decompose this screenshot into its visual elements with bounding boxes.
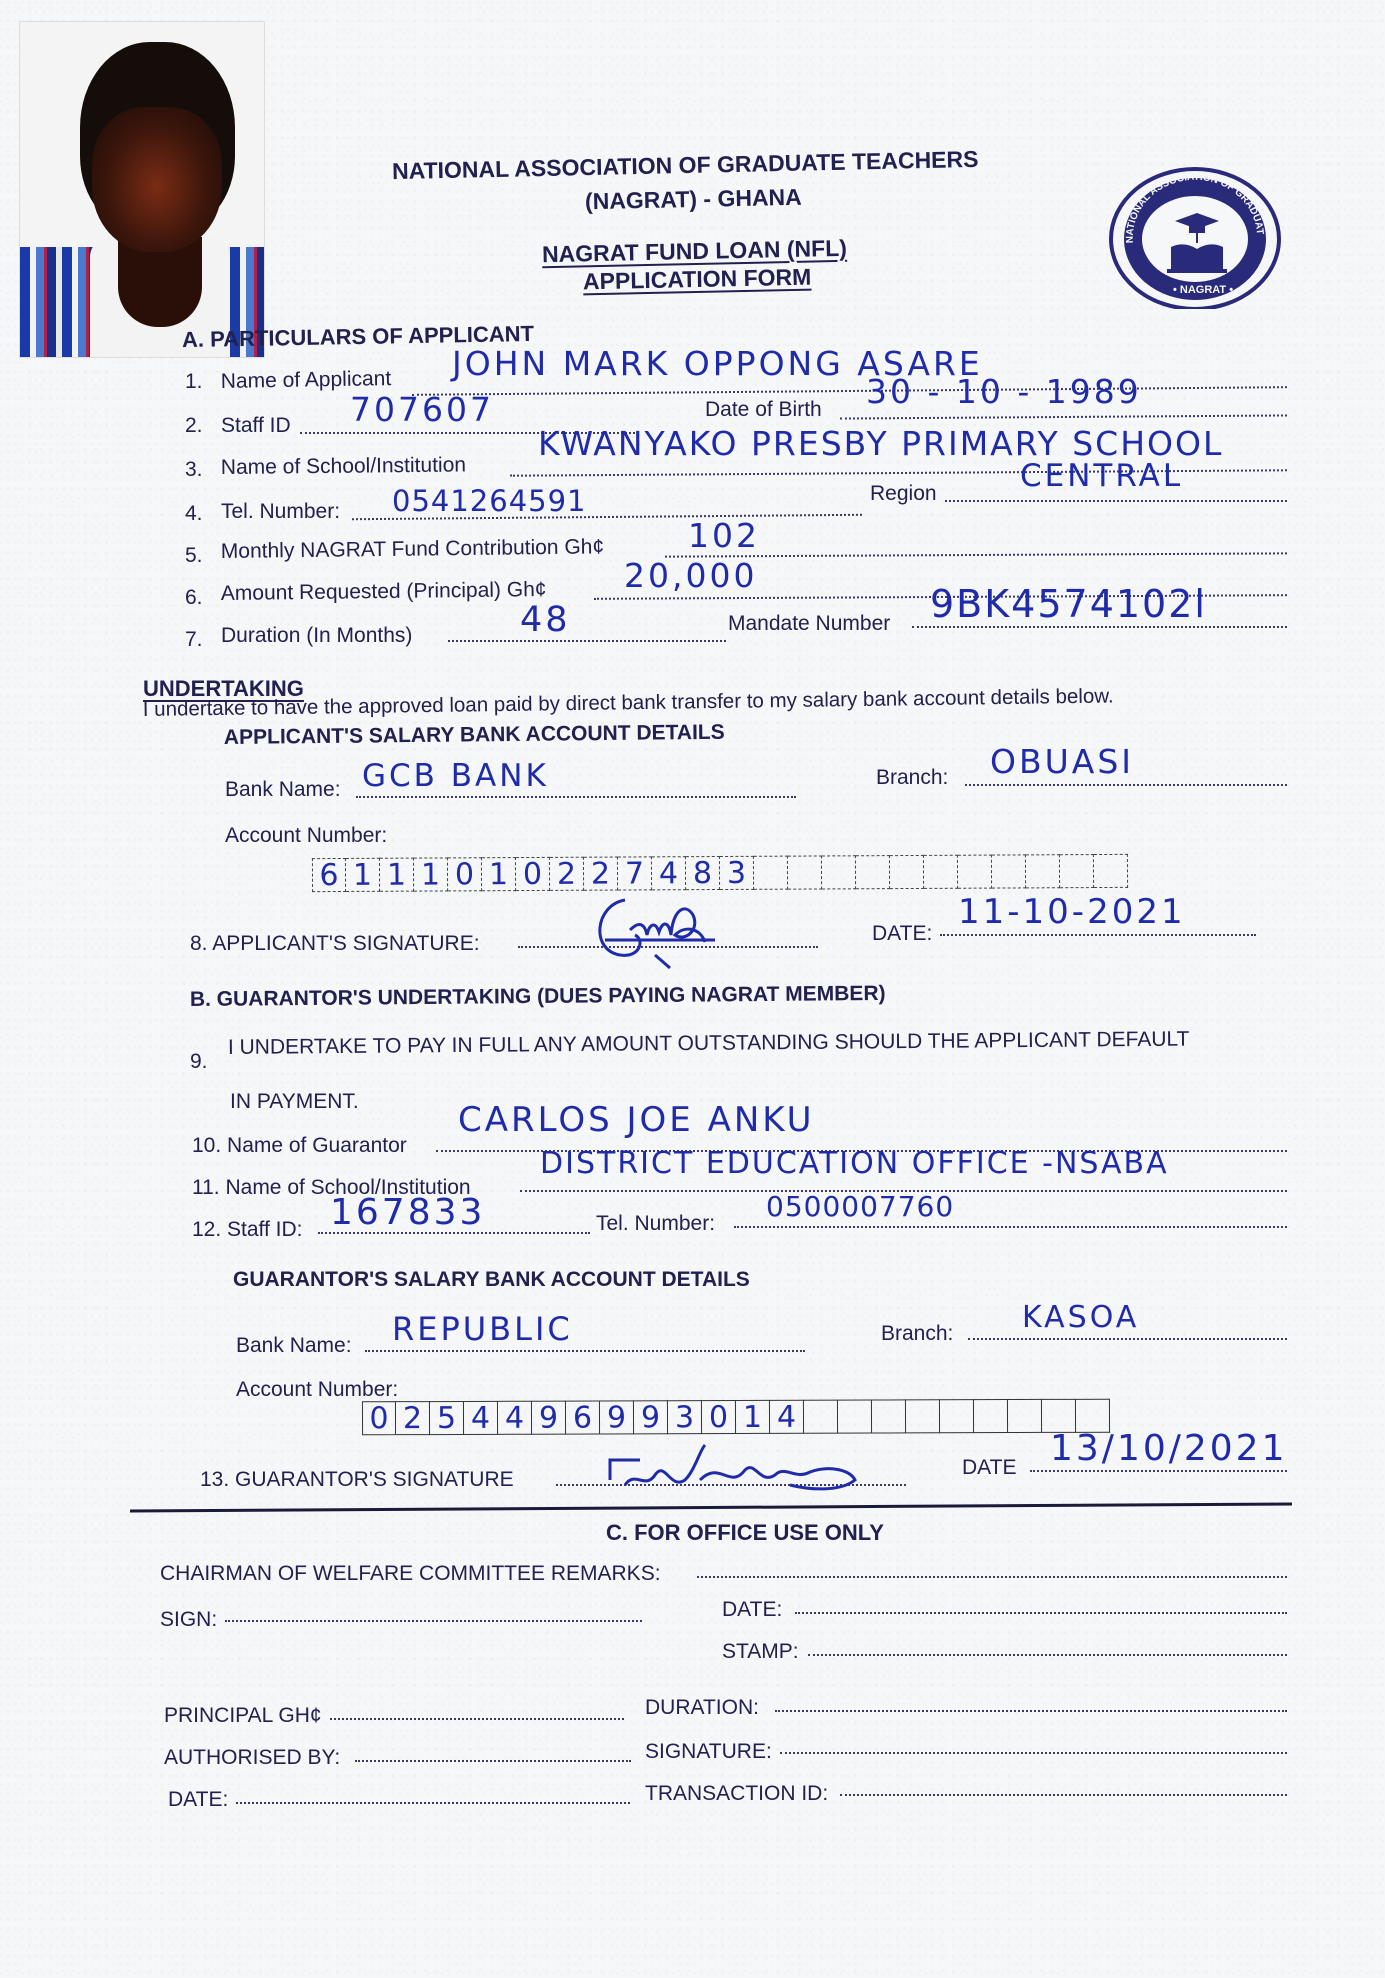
guarantor-signature[interactable] <box>600 1440 870 1495</box>
applicant-account-digit: 6 <box>313 858 345 893</box>
applicant-date-line <box>940 934 1256 936</box>
applicant-account-label: Account Number: <box>225 824 387 848</box>
org-name: NATIONAL ASSOCIATION OF GRADUATE TEACHER… <box>392 146 979 185</box>
applicant-branch-field[interactable]: OBUASI <box>990 742 1134 781</box>
school-label: Name of School/Institution <box>221 453 466 480</box>
guarantor-account-digit-box[interactable]: 0 <box>362 1401 396 1435</box>
duration-field[interactable]: 48 <box>520 600 571 640</box>
applicant-bank-title: APPLICANT'S SALARY BANK ACCOUNT DETAILS <box>224 721 725 750</box>
guarantor-statement-line-1: I UNDERTAKE TO PAY IN FULL ANY AMOUNT OU… <box>228 1028 1190 1060</box>
dob-line <box>840 414 1287 419</box>
office-signature-label: SIGNATURE: <box>645 1740 772 1764</box>
office-date-label: DATE: <box>722 1598 782 1622</box>
section-divider <box>130 1502 1292 1512</box>
office-date2-label: DATE: <box>168 1788 228 1812</box>
guarantor-account-digit: 5 <box>430 1401 463 1436</box>
guarantor-account-digit: 4 <box>770 1400 803 1435</box>
guarantor-branch-label: Branch: <box>881 1322 953 1346</box>
mandate-field[interactable]: 9BK4574102l <box>930 582 1207 626</box>
guarantor-account-digit: 4 <box>498 1401 531 1436</box>
tel-field[interactable]: 0541264591 <box>392 484 587 518</box>
office-duration-label: DURATION: <box>645 1696 759 1720</box>
dob-label: Date of Birth <box>705 398 822 422</box>
applicant-photo <box>20 22 264 357</box>
applicant-account-digit-box[interactable] <box>992 854 1026 888</box>
applicant-branch-line <box>965 784 1287 786</box>
applicant-name-line <box>412 386 1287 396</box>
applicant-account-digit: 1 <box>414 857 447 892</box>
applicant-account-digit: 2 <box>550 857 583 892</box>
field-num-6: 6. <box>185 586 203 610</box>
guarantor-staff-label: 12. Staff ID: <box>192 1218 303 1242</box>
amount-field[interactable]: 20,000 <box>624 556 757 595</box>
region-line <box>945 500 1287 502</box>
dob-field[interactable]: 30 - 10 - 1989 <box>866 372 1142 411</box>
applicant-signature-label: 8. APPLICANT'S SIGNATURE: <box>190 932 480 956</box>
guarantor-account-label: Account Number: <box>236 1378 398 1402</box>
applicant-account-digit-box[interactable]: 0 <box>448 857 482 891</box>
applicant-account-digit: 0 <box>448 857 481 892</box>
guarantor-account-digit: 9 <box>532 1401 565 1436</box>
guarantor-account-digit-box[interactable]: 5 <box>430 1401 464 1435</box>
principal-label: PRINCIPAL GH¢ <box>164 1704 322 1728</box>
remarks-field[interactable] <box>697 1576 1287 1578</box>
applicant-account-digit: 0 <box>516 857 549 892</box>
sign-field[interactable] <box>225 1620 642 1622</box>
field-num-1: 1. <box>185 370 203 394</box>
field-num-4: 4. <box>185 502 203 526</box>
applicant-account-digit-box[interactable] <box>822 855 856 889</box>
guarantor-account-digit: 0 <box>702 1400 735 1435</box>
applicant-bank-name-field[interactable]: GCB BANK <box>362 758 549 794</box>
duration-line <box>448 640 726 642</box>
guarantor-account-digit-box[interactable]: 3 <box>668 1400 702 1434</box>
guarantor-tel-field[interactable]: 0500007760 <box>766 1190 954 1223</box>
guarantor-bank-title: GUARANTOR'S SALARY BANK ACCOUNT DETAILS <box>233 1268 750 1292</box>
transaction-label: TRANSACTION ID: <box>645 1782 828 1806</box>
guarantor-account-digit-box[interactable] <box>906 1399 940 1433</box>
tel-label: Tel. Number: <box>221 500 340 524</box>
guarantor-account-digit-box[interactable]: 0 <box>702 1400 736 1434</box>
applicant-account-digit: 1 <box>482 857 515 892</box>
applicant-account-digit-box[interactable] <box>1060 854 1094 888</box>
applicant-account-digit-box[interactable]: 2 <box>550 857 584 891</box>
guarantor-bank-name-line <box>365 1350 805 1352</box>
guarantor-account-digit-box[interactable] <box>804 1400 838 1434</box>
guarantor-tel-label: Tel. Number: <box>596 1212 715 1236</box>
svg-text:• NAGRAT •: • NAGRAT • <box>1173 284 1233 296</box>
applicant-account-digit-box[interactable] <box>958 855 992 889</box>
applicant-account-digit-box[interactable]: 0 <box>516 857 550 891</box>
field-num-3: 3. <box>185 458 203 482</box>
staff-id-label: Staff ID <box>221 414 291 438</box>
guarantor-branch-line <box>968 1338 1287 1340</box>
applicant-date-field[interactable]: 11-10-2021 <box>958 892 1186 932</box>
guarantor-school-field[interactable]: DISTRICT EDUCATION OFFICE -NSABA <box>540 1146 1169 1181</box>
guarantor-account-digit-box[interactable]: 4 <box>498 1401 532 1435</box>
applicant-bank-name-line <box>356 796 796 798</box>
authorised-label: AUTHORISED BY: <box>164 1746 340 1770</box>
guarantor-bank-name-label: Bank Name: <box>236 1334 352 1358</box>
guarantor-account-digit: 9 <box>634 1400 667 1435</box>
guarantor-account-digit-box[interactable] <box>872 1399 906 1433</box>
guarantor-account-digit-box[interactable]: 9 <box>600 1400 634 1434</box>
guarantor-name-field[interactable]: CARLOS JOE ANKU <box>458 1100 815 1140</box>
applicant-date-label: DATE: <box>872 922 932 946</box>
guarantor-account-digit-box[interactable] <box>1008 1399 1042 1433</box>
guarantor-account-digit-box[interactable]: 4 <box>464 1401 498 1435</box>
guarantor-tel-line <box>734 1226 1287 1228</box>
duration-label: Duration (In Months) <box>221 624 412 648</box>
field-num-7: 7. <box>185 628 203 652</box>
mandate-line <box>912 626 1287 628</box>
stamp-label: STAMP: <box>722 1640 799 1664</box>
field-num-2: 2. <box>185 414 203 438</box>
contribution-field[interactable]: 102 <box>688 516 760 555</box>
guarantor-account-digit: 1 <box>736 1400 769 1435</box>
guarantor-account-digit: 6 <box>566 1400 599 1435</box>
mandate-label: Mandate Number <box>728 612 890 636</box>
applicant-branch-label: Branch: <box>876 766 948 790</box>
section-b-title: B. GUARANTOR'S UNDERTAKING (DUES PAYING … <box>190 982 886 1012</box>
guarantor-account-digit-box[interactable]: 2 <box>396 1401 430 1435</box>
office-signature-field[interactable] <box>780 1752 1287 1754</box>
applicant-account-digit-box[interactable] <box>890 855 924 889</box>
transaction-field[interactable] <box>840 1794 1287 1796</box>
applicant-account-digit-box[interactable]: 1 <box>346 858 380 892</box>
guarantor-date-field[interactable]: 13/10/2021 <box>1050 1428 1288 1469</box>
guarantor-branch-field[interactable]: KASOA <box>1022 1300 1139 1335</box>
sign-label: SIGN: <box>160 1608 217 1632</box>
applicant-account-digit-box[interactable]: 6 <box>312 858 346 892</box>
applicant-account-digit-box[interactable] <box>788 855 822 889</box>
guarantor-signature-label: 13. GUARANTOR'S SIGNATURE <box>200 1468 514 1492</box>
applicant-signature[interactable] <box>585 880 735 970</box>
guarantor-account-digit: 4 <box>464 1401 497 1436</box>
applicant-account-digit-box[interactable]: 1 <box>482 857 516 891</box>
org-sub: (NAGRAT) - GHANA <box>585 184 802 216</box>
stamp-field[interactable] <box>808 1654 1287 1656</box>
applicant-account-digit-box[interactable] <box>856 855 890 889</box>
applicant-account-digit: 1 <box>346 858 379 893</box>
guarantor-bank-name-field[interactable]: REPUBLIC <box>392 1310 573 1348</box>
guarantor-date-label: DATE <box>962 1456 1016 1480</box>
applicant-account-digit-box[interactable] <box>1026 854 1060 888</box>
contribution-label: Monthly NAGRAT Fund Contribution Gh¢ <box>221 535 604 564</box>
staff-id-field[interactable]: 707607 <box>350 390 494 429</box>
guarantor-account-number[interactable]: 0254496993014 <box>362 1399 1110 1436</box>
guarantor-account-digit-box[interactable]: 9 <box>634 1400 668 1434</box>
office-date2-field[interactable] <box>236 1802 630 1804</box>
guarantor-date-line <box>1030 1470 1287 1472</box>
guarantor-account-digit-box[interactable] <box>974 1399 1008 1433</box>
guarantor-account-digit-box[interactable]: 9 <box>532 1401 566 1435</box>
guarantor-account-digit-box[interactable]: 4 <box>770 1400 804 1434</box>
applicant-account-digit-box[interactable]: 1 <box>380 858 414 892</box>
guarantor-account-digit-box[interactable]: 6 <box>566 1400 600 1434</box>
office-duration-field[interactable] <box>775 1710 1287 1712</box>
applicant-account-digit-box[interactable] <box>924 855 958 889</box>
guarantor-account-digit-box[interactable] <box>940 1399 974 1433</box>
guarantor-account-digit-box[interactable]: 1 <box>736 1400 770 1434</box>
guarantor-account-digit: 9 <box>600 1400 633 1435</box>
region-label: Region <box>870 482 937 506</box>
authorised-field[interactable] <box>355 1760 631 1762</box>
section-c-title: C. FOR OFFICE USE ONLY <box>606 1520 884 1546</box>
guarantor-name-label: 10. Name of Guarantor <box>192 1134 407 1158</box>
guarantor-staff-field[interactable]: 167833 <box>330 1192 485 1233</box>
nagrat-seal-icon: NATIONAL ASSOCIATION OF GRADUATE TEACHER… <box>1105 163 1285 309</box>
applicant-account-digit-box[interactable]: 1 <box>414 857 448 891</box>
guarantor-account-digit-box[interactable] <box>838 1400 872 1434</box>
guarantor-account-digit: 2 <box>396 1401 429 1436</box>
statement-num: 9. <box>190 1050 208 1074</box>
guarantor-account-digit: 0 <box>363 1401 395 1436</box>
guarantor-statement-line-2: IN PAYMENT. <box>230 1090 359 1114</box>
region-field[interactable]: CENTRAL <box>1020 458 1183 494</box>
applicant-account-digit-box[interactable] <box>754 856 788 890</box>
applicant-bank-name-label: Bank Name: <box>225 778 341 802</box>
applicant-account-digit-box[interactable] <box>1094 854 1128 888</box>
field-num-5: 5. <box>185 544 203 568</box>
guarantor-account-digit: 3 <box>668 1400 701 1435</box>
applicant-account-digit: 1 <box>380 858 413 893</box>
remarks-label: CHAIRMAN OF WELFARE COMMITTEE REMARKS: <box>160 1562 661 1586</box>
form-title-line-2: APPLICATION FORM <box>583 264 812 296</box>
amount-label: Amount Requested (Principal) Gh¢ <box>221 578 547 606</box>
office-date-field[interactable] <box>795 1612 1287 1614</box>
principal-field[interactable] <box>330 1718 624 1720</box>
